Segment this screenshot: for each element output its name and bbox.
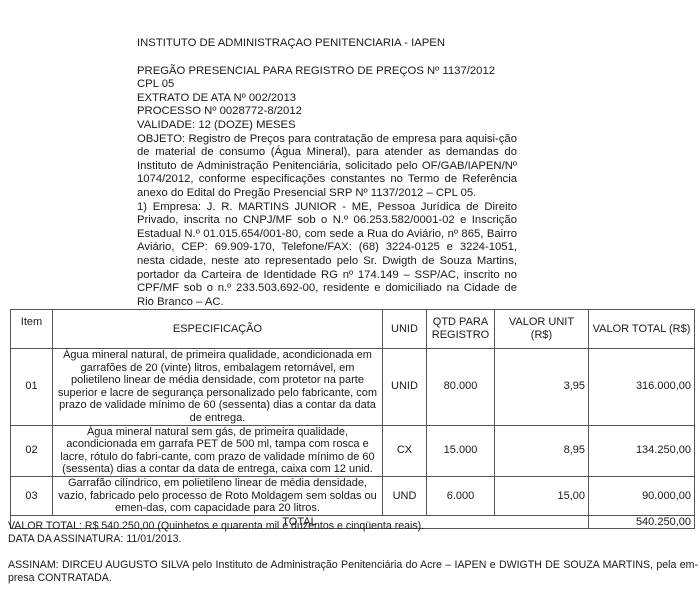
extrato-line: EXTRATO DE ATA Nº 002/2013 [137,92,517,106]
table-row: 02 Água mineral natural sem gás, de prim… [11,425,695,476]
header-item: Item [11,310,53,349]
table-row: 03 Garrafão cilíndrico, em polietileno l… [11,476,695,515]
table-row: 01 Água mineral natural, de primeira qua… [11,349,695,426]
items-table: Item ESPECIFICAÇÃO UNID QTD PARA REGISTR… [10,309,695,529]
data-assinatura-line: DATA DA ASSINATURA: 11/01/2013. [8,533,698,546]
pregao-line: PREGÃO PRESENCIAL PARA REGISTRO DE PREÇO… [137,65,517,79]
spacer [8,546,698,559]
cell-total: 90.000,00 [589,476,695,515]
cell-total: 134.250,00 [589,425,695,476]
document-header: INSTITUTO DE ADMINISTRAÇAO PENITENCIARIA… [137,37,517,309]
cell-item: 02 [11,425,53,476]
document-footer: VALOR TOTAL: R$ 540.250,00 (Quinhetos e … [8,520,698,585]
table-header-row: Item ESPECIFICAÇÃO UNID QTD PARA REGISTR… [11,310,695,349]
header-unit: VALOR UNIT (R$) [495,310,589,349]
cell-unit: 8,95 [495,425,589,476]
cell-qtd: 6.000 [427,476,495,515]
cell-qtd: 15.000 [427,425,495,476]
validade-line: VALIDADE: 12 (DOZE) MESES [137,119,517,133]
empresa-paragraph: 1) Empresa: J. R. MARTINS JUNIOR - ME, P… [137,201,517,310]
cell-unid: CX [383,425,427,476]
cell-unid: UND [383,476,427,515]
institution-title: INSTITUTO DE ADMINISTRAÇAO PENITENCIARIA… [137,37,517,51]
cell-unit: 3,95 [495,349,589,426]
valor-total-line: VALOR TOTAL: R$ 540.250,00 (Quinhetos e … [8,520,698,533]
cell-item: 03 [11,476,53,515]
assinam-paragraph: ASSINAM: DIRCEU AUGUSTO SILVA pelo Insti… [8,559,698,585]
processo-line: PROCESSO Nº 0028772-8/2012 [137,105,517,119]
header-qtd: QTD PARA REGISTRO [427,310,495,349]
cpl-line: CPL 05 [137,78,517,92]
cell-spec: Água mineral natural, de primeira qualid… [53,349,383,426]
header-unid: UNID [383,310,427,349]
header-spec: ESPECIFICAÇÃO [53,310,383,349]
cell-spec: Água mineral natural sem gás, de primeir… [53,425,383,476]
objeto-paragraph: OBJETO: Registro de Preços para contrata… [137,133,517,201]
cell-item: 01 [11,349,53,426]
cell-unit: 15,00 [495,476,589,515]
header-total: VALOR TOTAL (R$) [589,310,695,349]
cell-unid: UNID [383,349,427,426]
cell-total: 316.000,00 [589,349,695,426]
cell-spec: Garrafão cilíndrico, em polietileno line… [53,476,383,515]
cell-qtd: 80.000 [427,349,495,426]
